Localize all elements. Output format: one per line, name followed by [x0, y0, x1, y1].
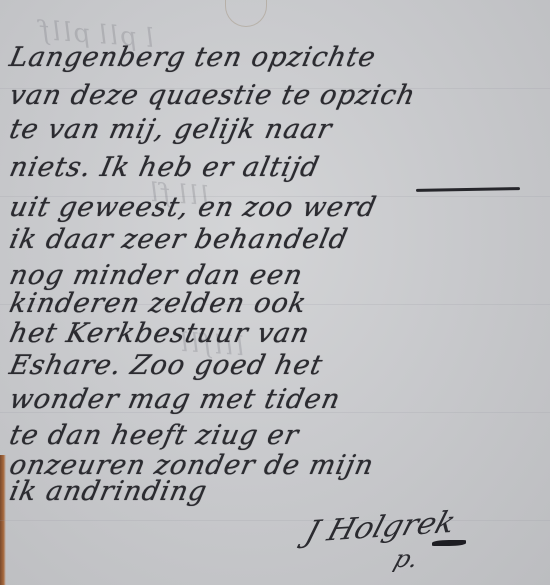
- letter-line-11: wonder mag met tiden: [7, 384, 344, 415]
- underline-altijd: [416, 187, 520, 192]
- letter-line-7: nog minder dan een: [7, 260, 306, 291]
- paper-rule: [0, 520, 550, 521]
- letter-page: l p l l p l l f l l l f l l l l f l l La…: [0, 0, 550, 585]
- letter-line-3: te van mij, gelijk naar: [7, 114, 335, 145]
- letter-line-2: van deze quaestie te opzich: [7, 80, 419, 111]
- letter-line-14: ik andrinding: [7, 476, 210, 507]
- signature-flourish: [432, 540, 466, 546]
- ink-stain: [225, 0, 267, 27]
- letter-line-12: te dan heeft ziug er: [7, 420, 302, 451]
- letter-line-1: Langenberg ten opzichte: [7, 42, 379, 73]
- letter-line-4: niets. Ik heb er altijd: [7, 152, 323, 183]
- letter-line-8: kinderen zelden ook: [7, 288, 310, 319]
- letter-line-5: uit geweest, en zoo werd: [7, 192, 380, 223]
- letter-line-10: Eshare. Zoo goed het: [7, 350, 326, 381]
- letter-line-9: het Kerkbestuur van: [7, 318, 313, 349]
- signature-initial: p.: [390, 545, 422, 573]
- letter-line-6: ik daar zeer behandeld: [7, 224, 351, 255]
